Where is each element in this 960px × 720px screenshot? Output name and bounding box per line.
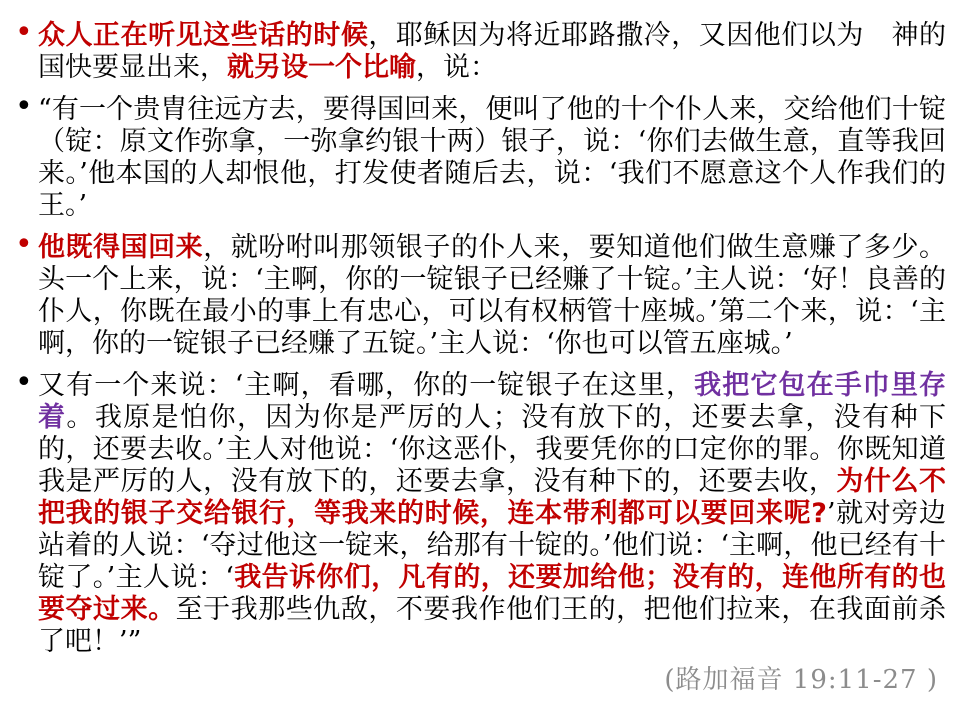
bullet-item: •他既得国回来，就吩咐叫那领银子的仆人来，要知道他们做生意赚了多少。头一个上来，… (14, 232, 946, 360)
bullet-list: •众人正在听见这些话的时候，耶稣因为将近耶路撒冷，又因他们以为 神的国快要显出来… (14, 20, 946, 668)
text-segment-red-bold: 他既得国回来 (38, 232, 203, 263)
bullet-marker-icon: • (15, 17, 33, 49)
scripture-reference: (路加福音 19:11-27 ) (664, 659, 938, 696)
bullet-item: •“有一个贵胄往远方去，要得国回来，便叫了他的十个仆人来，交给他们十锭（锭：原文… (14, 94, 946, 222)
text-segment-red-bold: 众人正在听见这些话的时候 (38, 20, 368, 51)
text-segment-normal: ，说： (416, 52, 497, 83)
text-segment-normal: 又有一个来说：‘主啊，看哪，你的一锭银子在这里， (38, 370, 694, 401)
text-segment-normal: “有一个贵胄往远方去，要得国回来，便叫了他的十个仆人来，交给他们十锭（锭：原文作… (38, 94, 946, 221)
text-segment-normal: 。我原是怕你，因为你是严厉的人；没有放下的，还要去拿，没有种下的，还要去收。’主… (38, 402, 946, 497)
text-segment-red-bold: 就另设一个比喻 (227, 52, 416, 83)
bullet-item: •又有一个来说：‘主啊，看哪，你的一锭银子在这里，我把它包在手巾里存着。我原是怕… (14, 370, 946, 658)
bullet-marker-icon: • (15, 367, 33, 399)
bullet-marker-icon: • (15, 91, 33, 123)
bullet-marker-icon: • (15, 229, 33, 261)
bullet-item: •众人正在听见这些话的时候，耶稣因为将近耶路撒冷，又因他们以为 神的国快要显出来… (14, 20, 946, 84)
slide: •众人正在听见这些话的时候，耶稣因为将近耶路撒冷，又因他们以为 神的国快要显出来… (0, 0, 960, 720)
